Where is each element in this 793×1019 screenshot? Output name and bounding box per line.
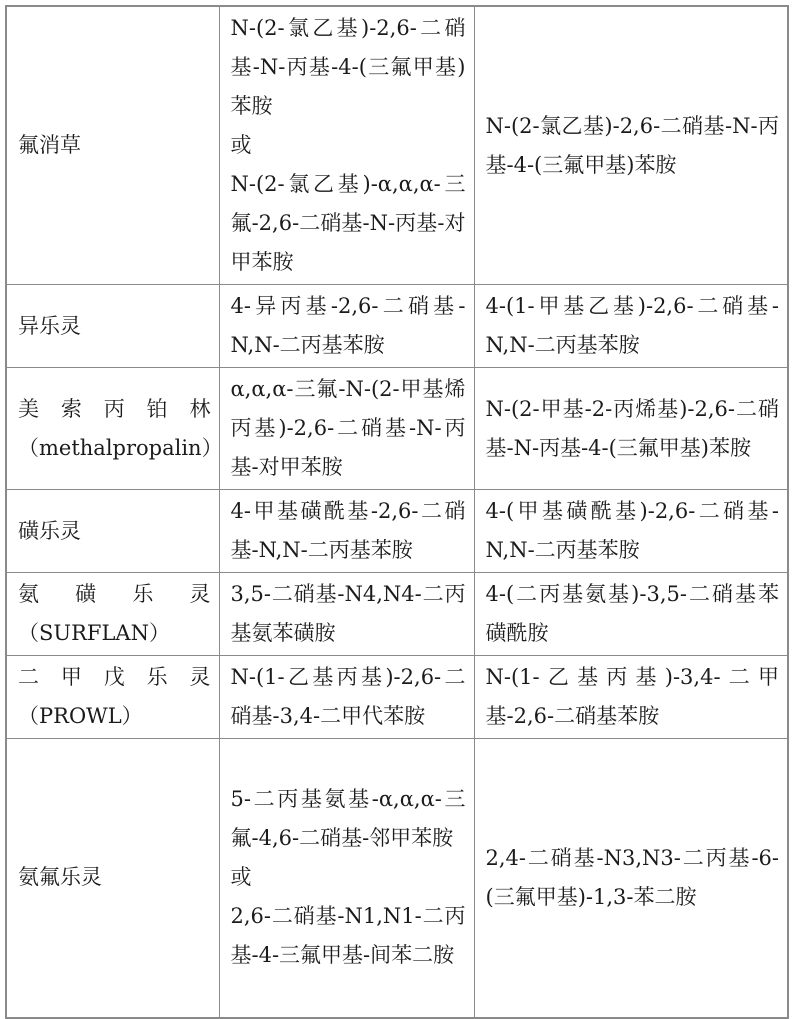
chemical-name-a-cell: N-(1-乙基丙基)-2,6-二硝基-3,4-二甲代苯胺 <box>219 656 474 739</box>
chemical-name-line: 5-二丙基氨基-α,α,α-三氟-4,6-二硝基-邻甲苯胺 <box>231 780 466 858</box>
chemical-name-line: N-(2-氯乙基)-α,α,α-三氟-2,6-二硝基-N-丙基-对甲苯胺 <box>231 165 466 282</box>
chemical-name-line: N-(1-乙基丙基)-3,4-二甲基-2,6-二硝基苯胺 <box>486 658 780 736</box>
chemical-name-b-cell: N-(2-甲基-2-丙烯基)-2,6-二硝基-N-丙基-4-(三氟甲基)苯胺 <box>474 368 788 490</box>
chemical-name-line: 4-(1-甲基乙基)-2,6-二硝基-N,N-二丙基苯胺 <box>486 287 780 365</box>
chemical-name-a-cell: 3,5-二硝基-N4,N4-二丙基氨苯磺胺 <box>219 573 474 656</box>
chemical-name-b-cell: 4-(二丙基氨基)-3,5-二硝基苯磺酰胺 <box>474 573 788 656</box>
compound-name: 异乐灵 <box>18 307 211 346</box>
chemical-name-line: N-(2-氯乙基)-2,6-二硝基-N-丙基-4-(三氟甲基)苯胺 <box>486 107 780 185</box>
chemical-name-line: 4-(二丙基氨基)-3,5-二硝基苯磺酰胺 <box>486 575 780 653</box>
chemical-name-line: α,α,α-三氟-N-(2-甲基烯丙基)-2,6-二硝基-N-丙基-对甲苯胺 <box>231 370 466 487</box>
chemical-name-line: 4-甲基磺酰基-2,6-二硝基-N,N-二丙基苯胺 <box>231 492 466 570</box>
herbicide-chemical-names-table: 氟消草 N-(2-氯乙基)-2,6-二硝基-N-丙基-4-(三氟甲基)苯胺或N-… <box>5 5 789 1019</box>
compound-name: 氨氟乐灵 <box>18 858 211 897</box>
chemical-name-b-cell: 2,4-二硝基-N3,N3-二丙基-6-(三氟甲基)-1,3-苯二胺 <box>474 739 788 1018</box>
chemical-name-line: N-(2-氯乙基)-2,6-二硝基-N-丙基-4-(三氟甲基)苯胺 <box>231 9 466 126</box>
chemical-name-a-cell: 4-异丙基-2,6-二硝基-N,N-二丙基苯胺 <box>219 285 474 368</box>
compound-name-cell: 异乐灵 <box>6 285 219 368</box>
compound-name-cell: 磺乐灵 <box>6 490 219 573</box>
table-row: 氨氟乐灵 5-二丙基氨基-α,α,α-三氟-4,6-二硝基-邻甲苯胺或2,6-二… <box>6 739 788 1018</box>
chemical-name-a-cell: α,α,α-三氟-N-(2-甲基烯丙基)-2,6-二硝基-N-丙基-对甲苯胺 <box>219 368 474 490</box>
chemical-name-a-cell: 4-甲基磺酰基-2,6-二硝基-N,N-二丙基苯胺 <box>219 490 474 573</box>
chemical-name-line: 2,6-二硝基-N1,N1-二丙基-4-三氟甲基-间苯二胺 <box>231 897 466 975</box>
chemical-name-b-cell: N-(1-乙基丙基)-3,4-二甲基-2,6-二硝基苯胺 <box>474 656 788 739</box>
chemical-name-line: N-(1-乙基丙基)-2,6-二硝基-3,4-二甲代苯胺 <box>231 658 466 736</box>
table-row: 氟消草 N-(2-氯乙基)-2,6-二硝基-N-丙基-4-(三氟甲基)苯胺或N-… <box>6 6 788 285</box>
chemical-name-b-cell: N-(2-氯乙基)-2,6-二硝基-N-丙基-4-(三氟甲基)苯胺 <box>474 6 788 285</box>
compound-name: 二甲戊乐灵（PROWL） <box>18 658 211 736</box>
chemical-name-a-cell: 5-二丙基氨基-α,α,α-三氟-4,6-二硝基-邻甲苯胺或2,6-二硝基-N1… <box>219 739 474 1018</box>
chemical-name-b-cell: 4-(1-甲基乙基)-2,6-二硝基-N,N-二丙基苯胺 <box>474 285 788 368</box>
compound-name: 美索丙铂林（methalpropalin） <box>18 390 211 468</box>
chemical-name-line: 3,5-二硝基-N4,N4-二丙基氨苯磺胺 <box>231 575 466 653</box>
table-row: 二甲戊乐灵（PROWL） N-(1-乙基丙基)-2,6-二硝基-3,4-二甲代苯… <box>6 656 788 739</box>
table-row: 磺乐灵 4-甲基磺酰基-2,6-二硝基-N,N-二丙基苯胺 4-(甲基磺酰基)-… <box>6 490 788 573</box>
chemical-name-line: 2,4-二硝基-N3,N3-二丙基-6-(三氟甲基)-1,3-苯二胺 <box>486 839 780 917</box>
chemical-name-b-cell: 4-(甲基磺酰基)-2,6-二硝基-N,N-二丙基苯胺 <box>474 490 788 573</box>
chemical-name-a-cell: N-(2-氯乙基)-2,6-二硝基-N-丙基-4-(三氟甲基)苯胺或N-(2-氯… <box>219 6 474 285</box>
chemical-name-line: 4-(甲基磺酰基)-2,6-二硝基-N,N-二丙基苯胺 <box>486 492 780 570</box>
compound-name-cell: 氟消草 <box>6 6 219 285</box>
table-row: 氨磺乐灵（SURFLAN） 3,5-二硝基-N4,N4-二丙基氨苯磺胺 4-(二… <box>6 573 788 656</box>
compound-name-cell: 氨氟乐灵 <box>6 739 219 1018</box>
compound-name-cell: 氨磺乐灵（SURFLAN） <box>6 573 219 656</box>
compound-name: 氟消草 <box>18 126 211 165</box>
document-page: 氟消草 N-(2-氯乙基)-2,6-二硝基-N-丙基-4-(三氟甲基)苯胺或N-… <box>0 0 793 1000</box>
chemical-name-line: N-(2-甲基-2-丙烯基)-2,6-二硝基-N-丙基-4-(三氟甲基)苯胺 <box>486 390 780 468</box>
chemical-name-line: 或 <box>231 126 466 165</box>
compound-name: 磺乐灵 <box>18 512 211 551</box>
table-row: 美索丙铂林（methalpropalin） α,α,α-三氟-N-(2-甲基烯丙… <box>6 368 788 490</box>
chemical-name-line: 4-异丙基-2,6-二硝基-N,N-二丙基苯胺 <box>231 287 466 365</box>
compound-name: 氨磺乐灵（SURFLAN） <box>18 575 211 653</box>
table-row: 异乐灵 4-异丙基-2,6-二硝基-N,N-二丙基苯胺 4-(1-甲基乙基)-2… <box>6 285 788 368</box>
chemical-name-line: 或 <box>231 858 466 897</box>
compound-name-cell: 二甲戊乐灵（PROWL） <box>6 656 219 739</box>
compound-name-cell: 美索丙铂林（methalpropalin） <box>6 368 219 490</box>
